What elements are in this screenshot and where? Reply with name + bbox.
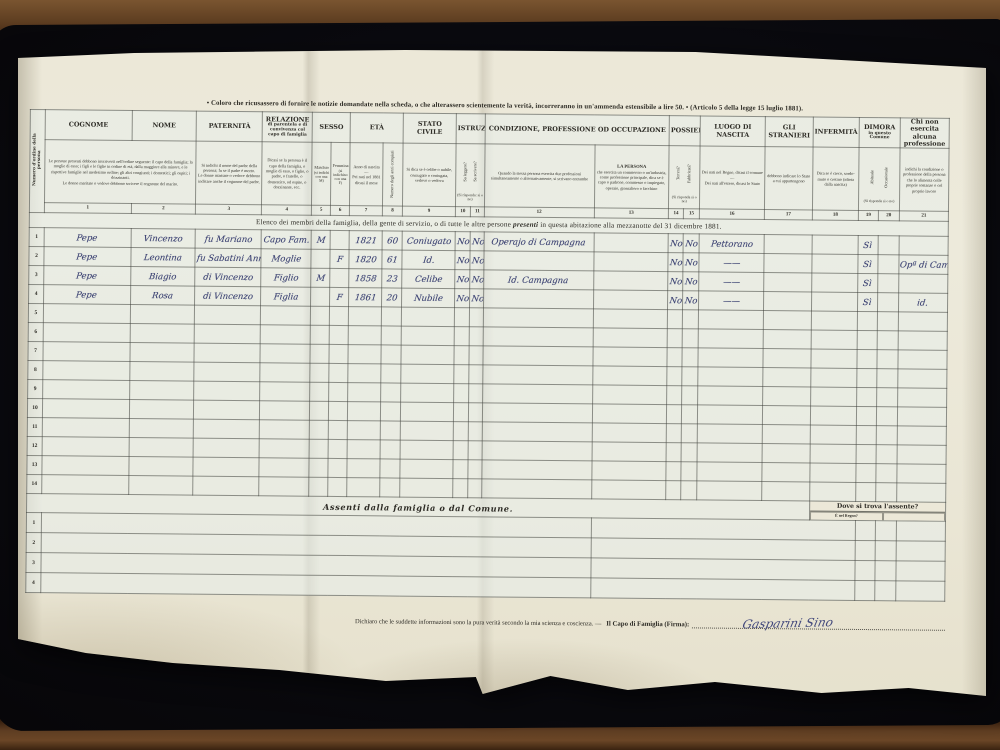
cell-stranieri bbox=[763, 254, 813, 273]
cell-fabbricati bbox=[681, 310, 699, 329]
cell-assente-mid bbox=[589, 578, 856, 601]
cell-legge bbox=[453, 327, 470, 346]
cell-fabbricati bbox=[681, 386, 699, 405]
cell-anni bbox=[379, 478, 401, 497]
col-number: 6 bbox=[331, 206, 350, 216]
cell-assente-mid bbox=[590, 538, 857, 561]
dove-si-trova-box: Dove si trova l'assente? È nel Regno? Se… bbox=[809, 501, 945, 521]
resident-rows: 1PepeVincenzofu MarianoCapo Fam.M182160C… bbox=[27, 228, 949, 503]
cell-paternita bbox=[194, 306, 262, 326]
cell-assente-left bbox=[40, 573, 592, 598]
cell-infermita bbox=[811, 235, 859, 254]
cell-infermita bbox=[810, 368, 858, 387]
cell-anno bbox=[347, 402, 382, 421]
cell-cognome bbox=[42, 380, 131, 400]
cell-cognome bbox=[41, 418, 130, 438]
cell-occasionale bbox=[875, 445, 898, 464]
col-dimora: DIMORAin questo Comune bbox=[859, 117, 900, 148]
cell-legge bbox=[453, 365, 470, 384]
note-condizione-13: LA PERSONAche esercita un commercio o un… bbox=[594, 145, 669, 209]
note-maschio: Maschio(si indichi con una M) bbox=[312, 143, 332, 206]
cell-altro-comune bbox=[874, 521, 897, 541]
census-sheet: • Coloro che ricusassero di fornire le n… bbox=[18, 48, 986, 710]
cell-nome bbox=[129, 343, 196, 363]
col-luogo-nascita: LUOGO DI NASCITA bbox=[700, 116, 765, 147]
caption-post: in questa abitazione alla mezzanotte del… bbox=[538, 221, 722, 231]
cell-paternita bbox=[193, 401, 261, 421]
cell-paternita bbox=[192, 439, 260, 459]
cell-anno: 1858 bbox=[348, 269, 383, 288]
cell-estero bbox=[895, 521, 946, 541]
cell-fabbricati: No bbox=[682, 291, 700, 310]
cell-stranieri bbox=[761, 406, 811, 425]
cell-f bbox=[329, 269, 350, 288]
cell-occasionale bbox=[876, 369, 899, 388]
cell-anni bbox=[380, 364, 402, 383]
cell-legge bbox=[452, 422, 469, 441]
cell-f bbox=[329, 307, 350, 326]
cell-relazione bbox=[258, 477, 310, 496]
cell-persona bbox=[591, 442, 668, 462]
cell-altro bbox=[898, 236, 949, 255]
cell-m: M bbox=[310, 269, 331, 288]
cell-m bbox=[309, 364, 330, 383]
cell-terreni bbox=[666, 386, 683, 405]
cell-anni: 60 bbox=[381, 231, 403, 250]
assente-box-anchor: Dove si trova l'assente? È nel Regno? Se… bbox=[809, 501, 945, 521]
cell-stranieri bbox=[761, 482, 811, 501]
cell-condizione bbox=[482, 365, 594, 385]
col-nessuna-professione: Chi non esercita alcuna professione bbox=[900, 118, 949, 149]
cell-infermita bbox=[809, 425, 857, 444]
cell-paternita bbox=[193, 420, 261, 440]
col-possiede: POSSIEDE bbox=[669, 116, 700, 147]
cell-occasionale bbox=[875, 426, 898, 445]
cell-nome bbox=[127, 457, 194, 477]
maschio-note: (si indichi con una M) bbox=[313, 171, 329, 184]
cell-condizione bbox=[481, 479, 593, 499]
cell-fabbricati bbox=[681, 405, 699, 424]
cell-fabbricati bbox=[680, 481, 698, 500]
cell-infermita bbox=[809, 463, 857, 482]
note-paternita: Si indichi il nome del padre della perso… bbox=[196, 142, 263, 206]
cell-occasionale bbox=[877, 274, 900, 293]
cell-anno bbox=[347, 364, 382, 383]
cell-nome bbox=[128, 400, 195, 420]
col-number: 19 bbox=[858, 211, 878, 221]
note-stranieri: debbono indicare lo Stato a cui apparten… bbox=[765, 147, 813, 210]
cell-anno bbox=[346, 440, 381, 459]
cell-anno bbox=[346, 421, 381, 440]
cell-occasionale bbox=[877, 255, 900, 274]
cell-anni bbox=[379, 459, 401, 478]
col-infermita: INFERMITÀ bbox=[813, 117, 859, 148]
signature-line: Gasparini Sino bbox=[692, 614, 945, 631]
cell-legge bbox=[452, 460, 469, 479]
estero-label: Se è all'estero dicasi in quale Stato bbox=[882, 513, 944, 522]
cell-cognome: Pepe bbox=[43, 266, 132, 286]
cell-legge bbox=[452, 403, 469, 422]
cell-anno bbox=[347, 383, 382, 402]
cell-stranieri bbox=[762, 368, 812, 387]
cell-infermita bbox=[810, 349, 858, 368]
note-anni-compiuti: Numero degli anni compiuti bbox=[383, 143, 404, 206]
cell-persona bbox=[592, 328, 669, 348]
cell-assente-mid bbox=[589, 558, 856, 581]
cell-f bbox=[329, 231, 350, 250]
note-condizione-12: Quando la stessa persona esercita due pr… bbox=[484, 144, 594, 208]
caption-emph: presenti bbox=[513, 221, 538, 229]
cell-nascita: —— bbox=[698, 253, 765, 273]
cell-stranieri bbox=[763, 235, 813, 254]
cell-paternita bbox=[194, 325, 262, 345]
cell-m bbox=[309, 383, 330, 402]
cell-persona bbox=[592, 271, 669, 291]
cell-f bbox=[327, 421, 348, 440]
cell-stranieri bbox=[761, 425, 811, 444]
col-istruzione: ISTRUZIONE bbox=[456, 114, 485, 145]
cell-stato bbox=[400, 365, 455, 384]
cell-m bbox=[309, 326, 330, 345]
cell-m bbox=[310, 307, 331, 326]
col-number: 17 bbox=[764, 210, 812, 220]
cell-legge bbox=[453, 384, 470, 403]
cell-fabbricati: No bbox=[682, 234, 700, 253]
cell-anni bbox=[380, 307, 402, 326]
cell-anni bbox=[379, 440, 401, 459]
cell-persona bbox=[591, 385, 668, 405]
col-number: 14 bbox=[669, 209, 684, 219]
cell-stato bbox=[399, 479, 454, 498]
cell-occasionale bbox=[875, 388, 898, 407]
note-relazione: Dicasi se la persona è il capo della fam… bbox=[262, 142, 312, 205]
cell-stato bbox=[400, 327, 455, 346]
cell-terreni bbox=[665, 424, 682, 443]
cell-estero bbox=[895, 541, 946, 561]
la-persona-note: che esercita un commercio o un'industria… bbox=[596, 169, 668, 191]
assenti-rows: 1234 bbox=[26, 513, 946, 602]
cell-altro bbox=[896, 407, 947, 426]
cell-nascita bbox=[696, 424, 763, 444]
cell-nome: Rosa bbox=[129, 286, 196, 306]
col-sesso: SESSO bbox=[312, 112, 350, 143]
note-femmina: Femmina(si indichino con una F) bbox=[331, 143, 351, 206]
cell-relazione bbox=[259, 401, 311, 420]
cell-stato bbox=[399, 441, 454, 460]
cell-nome bbox=[128, 438, 195, 458]
dimora-risponda: (Si risponda sì o no) bbox=[860, 199, 898, 204]
cell-anni: 20 bbox=[381, 288, 403, 307]
cell-f: F bbox=[329, 288, 350, 307]
cell-infermita bbox=[810, 292, 858, 311]
cell-stato bbox=[399, 460, 454, 479]
cell-fabbricati bbox=[681, 329, 699, 348]
cell-condizione bbox=[481, 441, 593, 461]
cell-stato: Nubile bbox=[401, 289, 456, 308]
col-number: 13 bbox=[594, 208, 669, 219]
cell-occasionale bbox=[876, 331, 899, 350]
cell-nascita bbox=[697, 367, 764, 387]
cell-infermita bbox=[809, 444, 857, 463]
cell-anni bbox=[380, 402, 402, 421]
cell-persona bbox=[591, 404, 668, 424]
cell-terreni: No bbox=[667, 253, 684, 272]
cell-altro bbox=[898, 274, 949, 293]
cell-altro: id. bbox=[897, 293, 948, 312]
ordinal-column-header: Numero d'ordine della persona bbox=[29, 110, 45, 214]
cell-cognome bbox=[41, 456, 130, 476]
cell-anno: 1821 bbox=[348, 231, 383, 250]
cell-relazione: Figlio bbox=[260, 268, 312, 287]
head-of-family-signature: Gasparini Sino bbox=[741, 616, 835, 632]
cell-infermita bbox=[809, 387, 857, 406]
cell-nome bbox=[129, 305, 196, 325]
cell-m bbox=[308, 440, 329, 459]
cell-estero bbox=[895, 581, 946, 601]
cell-relazione bbox=[259, 420, 311, 439]
cell-persona bbox=[592, 309, 669, 329]
cell-occasionale bbox=[876, 312, 899, 331]
cell-terreni bbox=[665, 481, 682, 500]
cell-m bbox=[309, 345, 330, 364]
note-cognome: Le persone presenti debbono inscriversi … bbox=[44, 140, 196, 204]
cell-anni bbox=[380, 326, 402, 345]
cell-fabbricati bbox=[680, 462, 698, 481]
cell-altro-comune bbox=[874, 541, 897, 561]
table-header: Numero d'ordine della persona COGNOME NO… bbox=[29, 110, 949, 222]
col-number: 15 bbox=[683, 209, 699, 219]
cell-estero bbox=[895, 561, 946, 581]
cell-legge bbox=[453, 308, 470, 327]
cell-nascita bbox=[696, 481, 763, 501]
cell-legge bbox=[453, 346, 470, 365]
col-number: 3 bbox=[196, 205, 262, 216]
cell-altro bbox=[896, 445, 947, 464]
cell-occasionale bbox=[876, 350, 899, 369]
cell-altro bbox=[897, 331, 948, 350]
cell-altro bbox=[896, 388, 947, 407]
col-relazione: RELAZIONEdi parentela e di convivenza co… bbox=[262, 112, 312, 143]
note-infermita: Dica se è cieco, sordo-muto o cretino (i… bbox=[812, 147, 859, 210]
cell-legge: No bbox=[454, 251, 471, 270]
cell-anno: 1861 bbox=[348, 288, 383, 307]
sa-scrivere-label: Sa scrivere? bbox=[473, 161, 478, 181]
cell-condizione bbox=[481, 422, 593, 442]
cell-stato bbox=[399, 403, 454, 422]
cell-legge: No bbox=[454, 270, 471, 289]
cell-f bbox=[328, 326, 349, 345]
cell-relazione bbox=[260, 325, 312, 344]
cell-nome: Leontina bbox=[129, 248, 196, 268]
col-nome: NOME bbox=[132, 110, 197, 141]
col-eta: ETÀ bbox=[350, 113, 403, 144]
cell-altro-comune bbox=[874, 561, 897, 581]
cell-terreni bbox=[665, 443, 682, 462]
firma-label: Il Capo di Famiglia (Firma): bbox=[606, 621, 689, 629]
cell-nome bbox=[128, 362, 195, 382]
note-nessuna-professione: indichi la condizione o professione dell… bbox=[899, 148, 949, 211]
cell-f: F bbox=[329, 250, 350, 269]
cell-altro bbox=[896, 483, 947, 502]
cell-relazione bbox=[260, 306, 312, 325]
cell-condizione bbox=[482, 384, 594, 404]
cell-stranieri bbox=[763, 292, 813, 311]
cell-m: M bbox=[310, 231, 331, 250]
col-number: 8 bbox=[382, 206, 402, 216]
cell-paternita bbox=[193, 382, 261, 402]
note-luogo-nascita: Dei nati nel Regno, dicasi il comune — D… bbox=[700, 146, 766, 210]
cell-nascita bbox=[697, 310, 764, 330]
note-istruzione: Sa leggere?Sa scrivere?(Si risponda: sì … bbox=[455, 144, 485, 207]
cell-nascita bbox=[697, 386, 764, 406]
cell-anno: 1820 bbox=[348, 250, 383, 269]
cell-relazione bbox=[259, 344, 311, 363]
cell-persona bbox=[590, 461, 667, 481]
cell-occasionale bbox=[875, 407, 898, 426]
cell-infermita bbox=[810, 311, 858, 330]
caption-pre: Elenco dei membri della famiglia, della … bbox=[256, 219, 513, 229]
cell-cognome bbox=[42, 361, 131, 381]
cell-nascita bbox=[697, 329, 764, 349]
terreni-label: Terreni? bbox=[677, 167, 682, 181]
cell-legge: No bbox=[454, 289, 471, 308]
cell-legge bbox=[452, 441, 469, 460]
cell-paternita: di Vincenzo bbox=[194, 287, 262, 307]
cell-stranieri bbox=[761, 463, 811, 482]
cell-relazione bbox=[258, 439, 310, 458]
cell-nascita bbox=[697, 348, 764, 368]
cell-infermita bbox=[811, 254, 859, 273]
cell-cognome bbox=[42, 342, 131, 362]
cell-nascita bbox=[697, 405, 764, 425]
cell-anni: 23 bbox=[381, 269, 403, 288]
cell-stato bbox=[400, 308, 455, 327]
cell-legge bbox=[452, 479, 469, 498]
cell-nome: Biagio bbox=[129, 267, 196, 287]
cell-paternita: di Vincenzo bbox=[194, 268, 262, 288]
occasionale-label: Occasionale bbox=[884, 167, 889, 188]
cell-relazione: Capo Fam. bbox=[260, 230, 312, 249]
cell-nome bbox=[129, 324, 196, 344]
cell-occasionale bbox=[875, 483, 898, 502]
cell-cognome bbox=[42, 323, 131, 343]
anni-compiuti-label: Numero degli anni compiuti bbox=[390, 150, 395, 197]
cell-cognome bbox=[41, 399, 130, 419]
cell-condizione: Operajo di Campagna bbox=[483, 232, 595, 252]
cell-persona bbox=[591, 366, 668, 386]
cell-altro bbox=[896, 426, 947, 445]
cell-stato: Coniugato bbox=[401, 232, 456, 251]
cell-anno bbox=[347, 345, 382, 364]
cell-stranieri bbox=[763, 273, 813, 292]
cell-persona bbox=[592, 252, 669, 272]
cell-relazione bbox=[258, 458, 310, 477]
col-cognome: COGNOME bbox=[45, 110, 132, 141]
cell-altro-comune bbox=[874, 581, 897, 601]
cell-fabbricati: No bbox=[682, 253, 700, 272]
assenti-caption: Assenti dalla famiglia o dal Comune. bbox=[323, 502, 513, 514]
cell-stato: Id. bbox=[401, 251, 456, 270]
cell-stranieri bbox=[761, 444, 811, 463]
cell-anni bbox=[380, 383, 402, 402]
census-table: Numero d'ordine della persona COGNOME NO… bbox=[25, 109, 950, 602]
cell-condizione bbox=[482, 289, 594, 309]
cell-condizione bbox=[481, 403, 593, 423]
cell-occasionale bbox=[876, 293, 899, 312]
fabbricati-label: Fabbricati? bbox=[687, 164, 692, 183]
col-stato-civile: STATO CIVILE bbox=[403, 113, 456, 144]
cell-f bbox=[328, 345, 349, 364]
femmina-note: (si indichino con una F) bbox=[332, 169, 348, 186]
cell-m bbox=[310, 288, 331, 307]
col-number: 21 bbox=[899, 211, 948, 221]
col-number: 9 bbox=[402, 207, 455, 218]
cell-nome bbox=[127, 476, 194, 496]
ordinal-label: Numero d'ordine della persona bbox=[33, 132, 43, 188]
cell-persona bbox=[592, 290, 669, 310]
cell-altro bbox=[896, 464, 947, 483]
cell-condizione bbox=[481, 460, 593, 480]
cell-condizione bbox=[483, 251, 595, 271]
cell-altro bbox=[897, 350, 948, 369]
cell-stranieri bbox=[762, 311, 812, 330]
cell-anno bbox=[346, 459, 381, 478]
cell-nome bbox=[128, 419, 195, 439]
cell-m bbox=[309, 402, 330, 421]
cell-stato bbox=[400, 346, 455, 365]
cell-relazione bbox=[259, 382, 311, 401]
cell-nascita: Pettorano bbox=[698, 234, 765, 254]
cell-anno bbox=[347, 326, 382, 345]
cell-relazione: Moglie bbox=[260, 249, 312, 268]
cell-nascita bbox=[696, 443, 763, 463]
cell-persona bbox=[593, 233, 670, 253]
cell-infermita bbox=[810, 330, 858, 349]
cell-m bbox=[308, 421, 329, 440]
cell-cognome bbox=[41, 437, 130, 457]
cell-nascita bbox=[696, 462, 763, 482]
col-number: 18 bbox=[812, 210, 858, 220]
note-anno-nascita: Anno di nascita — Pei nati nel 1881 dica… bbox=[350, 143, 384, 206]
cell-infermita bbox=[809, 482, 857, 501]
col-number: 16 bbox=[700, 209, 765, 220]
cell-nome: Vincenzo bbox=[130, 229, 197, 249]
relazione-subtitle: di parentela e di convivenza col capo di… bbox=[264, 124, 311, 139]
col-stranieri: GLI STRANIERI bbox=[765, 117, 813, 148]
possiede-risponda: (Si risponda sì o no) bbox=[670, 195, 698, 204]
cell-persona bbox=[590, 480, 667, 500]
col-number: 2 bbox=[131, 204, 196, 215]
col-number: 7 bbox=[350, 206, 383, 216]
note-dimora: AbitualeOccasionale(Si risponda sì o no) bbox=[858, 148, 900, 211]
cell-m bbox=[308, 478, 329, 497]
cell-f bbox=[327, 440, 348, 459]
sa-leggere-label: Sa leggere? bbox=[463, 162, 468, 181]
cell-fabbricati bbox=[681, 367, 699, 386]
cell-cognome bbox=[42, 304, 131, 324]
cell-infermita bbox=[811, 273, 859, 292]
cell-stato bbox=[400, 384, 455, 403]
cell-fabbricati bbox=[681, 348, 699, 367]
cell-legge: No bbox=[454, 232, 471, 251]
col-number: 20 bbox=[878, 211, 899, 221]
cell-altro bbox=[897, 312, 948, 331]
col-condizione: CONDIZIONE, PROFESSIONE OD OCCUPAZIONE bbox=[485, 114, 669, 146]
cell-terreni bbox=[666, 310, 683, 329]
cell-stranieri bbox=[762, 387, 812, 406]
abituale-label: Abituale bbox=[870, 170, 875, 184]
col-paternita: PATERNITÀ bbox=[197, 111, 263, 142]
